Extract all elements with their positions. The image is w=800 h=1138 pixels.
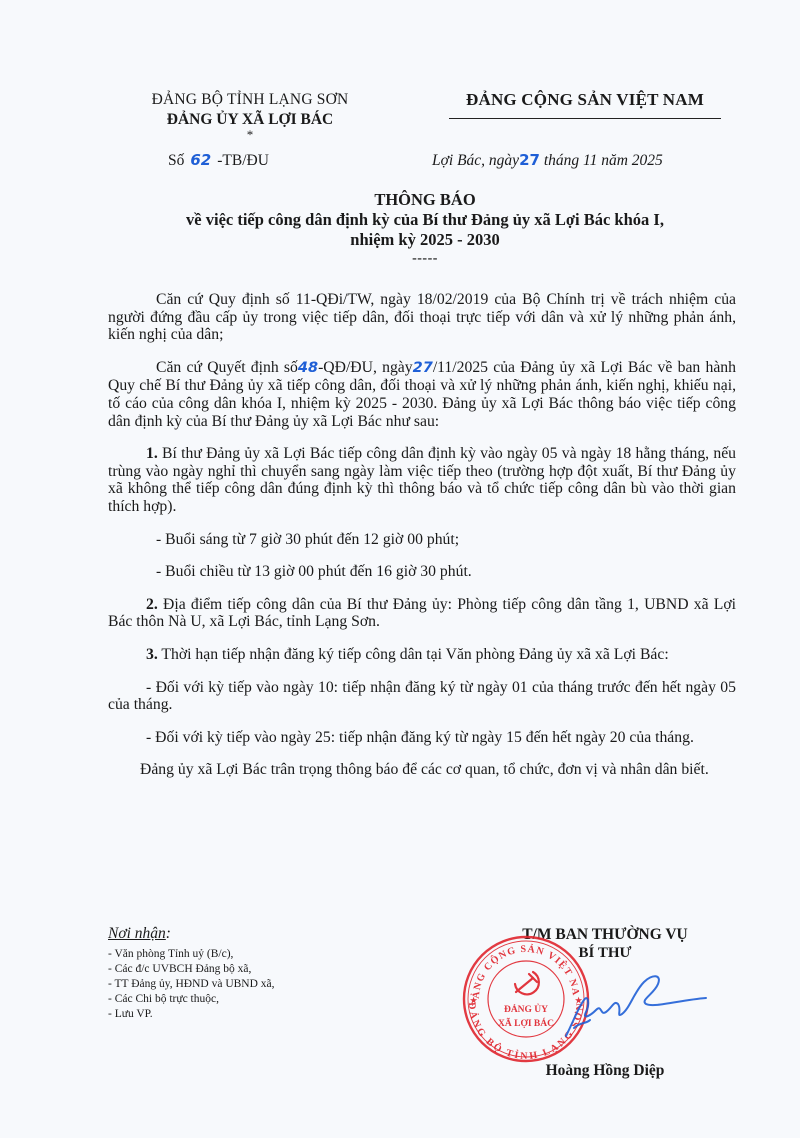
decision-day-handwritten: 27	[413, 360, 433, 376]
title-subtitle-line2: nhiệm kỳ 2025 - 2030	[100, 230, 750, 250]
item-1-morning: - Buổi sáng từ 7 giờ 30 phút đến 12 giờ …	[108, 531, 736, 549]
item-1: 1. Bí thư Đảng ủy xã Lợi Bác tiếp công d…	[108, 445, 736, 515]
date-line: Lợi Bác, ngày27 tháng 11 năm 2025	[432, 150, 663, 171]
item-2: 2. Địa điểm tiếp công dân của Bí thư Đản…	[108, 596, 736, 631]
party-name: ĐẢNG CỘNG SẢN VIỆT NAM	[435, 88, 735, 112]
doc-number-suffix: -TB/ĐU	[217, 152, 269, 169]
recipient-item: - TT Đảng ủy, HĐND và UBND xã,	[108, 977, 368, 992]
document-body: Căn cứ Quy định số 11-QĐi/TW, ngày 18/02…	[108, 291, 736, 779]
title-separator: -----	[100, 252, 750, 266]
star-mark: *	[100, 130, 400, 140]
title-main: THÔNG BÁO	[100, 190, 750, 210]
recipient-item: - Văn phòng Tỉnh uỷ (B/c),	[108, 947, 368, 962]
issuing-authority: ĐẢNG BỘ TỈNH LẠNG SƠN ĐẢNG ỦY XÃ LỢI BÁC…	[100, 90, 400, 140]
hammer-sickle-icon	[515, 972, 539, 994]
parent-organization: ĐẢNG BỘ TỈNH LẠNG SƠN	[100, 90, 400, 110]
signer-name: Hoàng Hồng Diệp	[465, 1062, 745, 1080]
decision-number-handwritten: 48	[298, 360, 318, 376]
recipients-list: - Văn phòng Tỉnh uỷ (B/c), - Các đ/c UVB…	[108, 947, 368, 1022]
date-suffix: tháng 11 năm 2025	[544, 152, 663, 169]
title-subtitle-line1: về việc tiếp công dân định kỳ của Bí thư…	[100, 210, 750, 230]
svg-text:XÃ LỢI BÁC: XÃ LỢI BÁC	[498, 1017, 554, 1029]
handwritten-signature-icon	[560, 970, 710, 1040]
recipient-item: - Các đ/c UVBCH Đảng bộ xã,	[108, 962, 368, 977]
date-day-handwritten: 27	[519, 151, 540, 169]
svg-text:★: ★	[470, 996, 478, 1005]
closing-statement: Đảng ủy xã Lợi Bác trân trọng thông báo …	[108, 761, 736, 779]
motto-underline	[449, 118, 721, 119]
recipients-block: Nơi nhận: - Văn phòng Tỉnh uỷ (B/c), - C…	[108, 925, 368, 1022]
legal-basis-2: Căn cứ Quyết định số48-QĐ/ĐU, ngày27/11/…	[108, 359, 736, 430]
recipient-item: - Các Chi bộ trực thuộc,	[108, 992, 368, 1007]
doc-number-prefix: Số	[168, 152, 184, 169]
document-number: Số62-TB/ĐU	[168, 150, 269, 171]
legal-basis-1: Căn cứ Quy định số 11-QĐi/TW, ngày 18/02…	[108, 291, 736, 344]
document-title: THÔNG BÁO về việc tiếp công dân định kỳ …	[100, 190, 750, 266]
document-page: ĐẢNG BỘ TỈNH LẠNG SƠN ĐẢNG ỦY XÃ LỢI BÁC…	[0, 0, 800, 1138]
doc-number-handwritten: 62	[184, 151, 217, 169]
item-3-dash-1: - Đối với kỳ tiếp vào ngày 10: tiếp nhận…	[108, 679, 736, 714]
national-motto: ĐẢNG CỘNG SẢN VIỆT NAM	[435, 88, 735, 119]
recipients-label: Nơi nhận	[108, 925, 166, 942]
date-prefix: Lợi Bác, ngày	[432, 152, 519, 169]
item-3: 3. Thời hạn tiếp nhận đăng ký tiếp công …	[108, 646, 736, 664]
item-3-dash-2: - Đối với kỳ tiếp vào ngày 25: tiếp nhận…	[108, 729, 736, 747]
item-1-afternoon: - Buổi chiều từ 13 giờ 00 phút đến 16 gi…	[108, 563, 736, 581]
recipient-item: - Lưu VP.	[108, 1007, 368, 1022]
svg-text:ĐẢNG ỦY: ĐẢNG ỦY	[504, 1003, 548, 1015]
